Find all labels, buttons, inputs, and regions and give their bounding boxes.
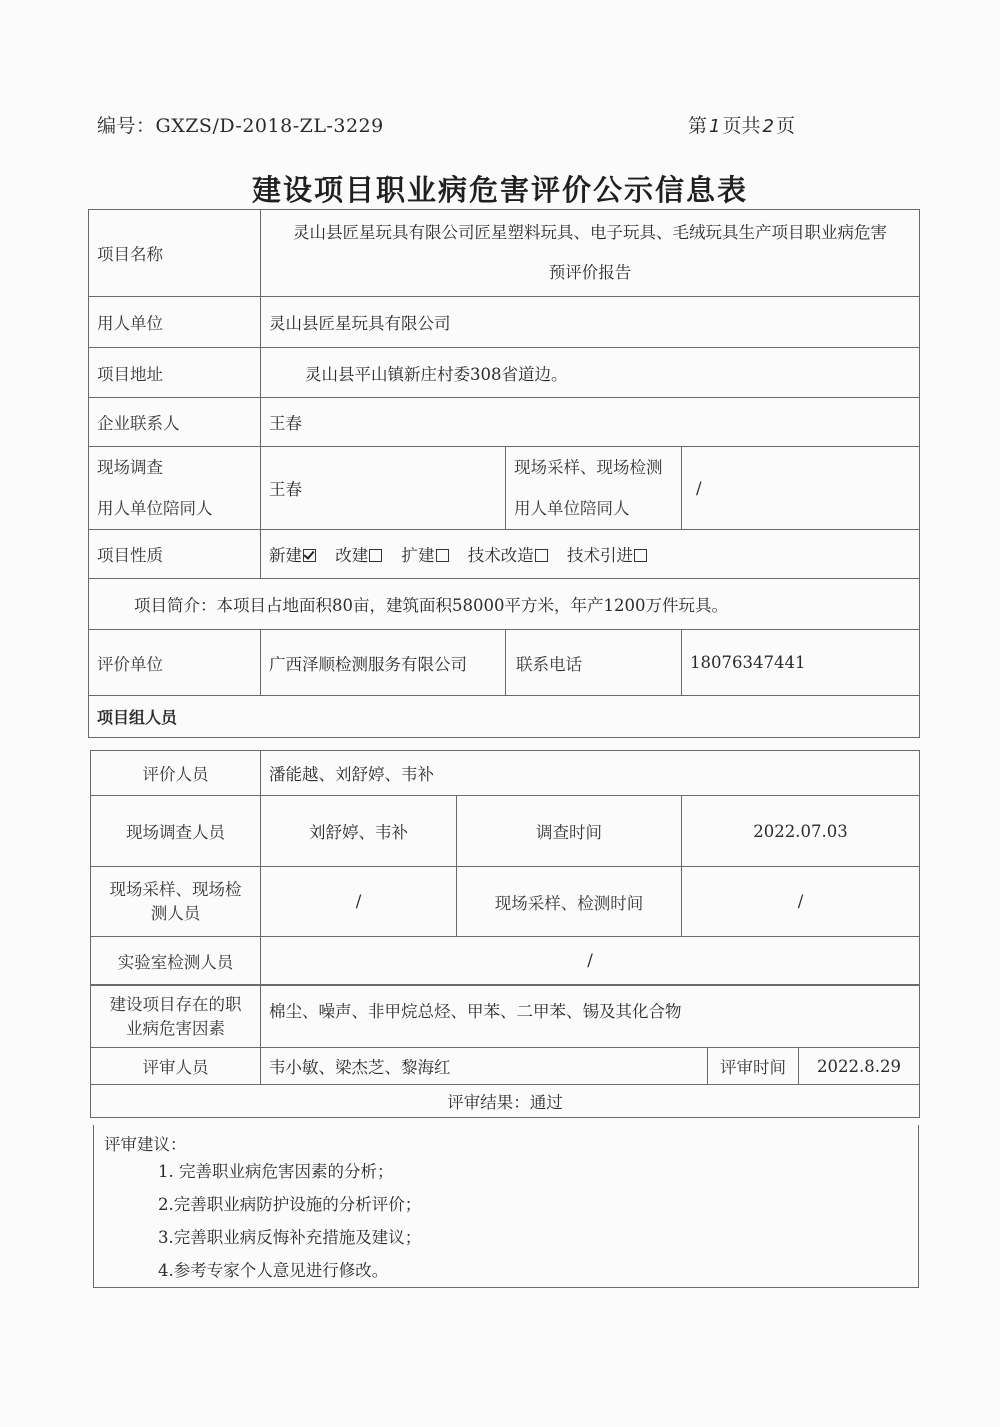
suggestions-title: 评审建议： bbox=[104, 1125, 908, 1155]
nature-options: 新建 改建 扩建 技术改造 技术引进 bbox=[261, 530, 920, 579]
checkbox-tech-import[interactable] bbox=[634, 549, 647, 562]
row-evaluators: 评价人员 潘能越、刘舒婷、韦补 bbox=[91, 751, 920, 796]
project-summary: 项目简介：本项目占地面积80亩，建筑面积58000平方米，年产1200万件玩具。 bbox=[89, 579, 920, 630]
hazards-label-2: 业病危害因素 bbox=[99, 1017, 252, 1041]
page-current: 1 bbox=[709, 116, 720, 137]
survey-staff-value: 刘舒婷、韦补 bbox=[261, 796, 457, 867]
lab-staff-value: / bbox=[261, 937, 920, 985]
phone-label: 联系电话 bbox=[506, 630, 682, 696]
project-name-line2: 预评价报告 bbox=[269, 253, 911, 293]
evaluators-value: 潘能越、刘舒婷、韦补 bbox=[261, 751, 920, 796]
sampling-staff-label-1: 现场采样、现场检 bbox=[99, 878, 252, 902]
sampling-staff-label-2: 测人员 bbox=[99, 902, 252, 926]
reviewers-label: 评审人员 bbox=[91, 1048, 261, 1085]
page-total: 2 bbox=[762, 116, 773, 137]
review-table: 建设项目存在的职 业病危害因素 棉尘、噪声、非甲烷总烃、甲苯、二甲苯、锡及其化合… bbox=[90, 985, 920, 1118]
project-name-label: 项目名称 bbox=[89, 210, 261, 297]
hazards-label: 建设项目存在的职 业病危害因素 bbox=[91, 986, 261, 1048]
nature-label: 项目性质 bbox=[89, 530, 261, 579]
row-survey-staff: 现场调查人员 刘舒婷、韦补 调查时间 2022.07.03 bbox=[91, 796, 920, 867]
project-name-line1: 灵山县匠星玩具有限公司匠星塑料玩具、电子玩具、毛绒玩具生产项目职业病危害 bbox=[269, 213, 911, 253]
row-hazards: 建设项目存在的职 业病危害因素 棉尘、噪声、非甲烷总烃、甲苯、二甲苯、锡及其化合… bbox=[91, 986, 920, 1048]
hazards-value: 棉尘、噪声、非甲烷总烃、甲苯、二甲苯、锡及其化合物 bbox=[261, 986, 920, 1048]
sampling-time-label: 现场采样、检测时间 bbox=[457, 867, 682, 937]
review-time-label: 评审时间 bbox=[708, 1048, 799, 1085]
reviewers-value: 韦小敏、梁杰芝、黎海红 bbox=[261, 1048, 708, 1085]
hazards-label-1: 建设项目存在的职 bbox=[99, 993, 252, 1017]
review-suggestions: 评审建议： 1. 完善职业病危害因素的分析； 2.完善职业病防护设施的分析评价；… bbox=[93, 1125, 919, 1288]
address-value: 灵山县平山镇新庄村委308省道边。 bbox=[261, 348, 920, 398]
project-name-value: 灵山县匠星玩具有限公司匠星塑料玩具、电子玩具、毛绒玩具生产项目职业病危害 预评价… bbox=[261, 210, 920, 297]
team-section-label: 项目组人员 bbox=[89, 696, 920, 738]
phone-value: 18076347441 bbox=[682, 630, 920, 696]
document-number-value: GXZS/D-2018-ZL-3229 bbox=[156, 115, 384, 137]
suggestion-item: 3.完善职业病反悔补充措施及建议； bbox=[104, 1221, 908, 1254]
sampling-staff-label: 现场采样、现场检 测人员 bbox=[91, 867, 261, 937]
document-number: 编号：GXZS/D-2018-ZL-3229 bbox=[97, 111, 384, 138]
row-address: 项目地址 灵山县平山镇新庄村委308省道边。 bbox=[89, 348, 920, 398]
suggestion-item: 4.参考专家个人意见进行修改。 bbox=[104, 1254, 908, 1287]
sampling-escort-label-2: 用人单位陪同人 bbox=[514, 488, 673, 529]
survey-escort-value: 王春 bbox=[261, 447, 506, 530]
sampling-escort-value: / bbox=[682, 447, 920, 530]
survey-time-value: 2022.07.03 bbox=[682, 796, 920, 867]
nature-option-rebuild-label: 改建 bbox=[335, 546, 368, 565]
checkbox-new[interactable] bbox=[303, 549, 316, 562]
suggestion-item: 2.完善职业病防护设施的分析评价； bbox=[104, 1188, 908, 1221]
survey-time-label: 调查时间 bbox=[457, 796, 682, 867]
review-result: 评审结果：通过 bbox=[91, 1085, 920, 1118]
survey-escort-label: 现场调查 用人单位陪同人 bbox=[89, 447, 261, 530]
survey-staff-label: 现场调查人员 bbox=[91, 796, 261, 867]
row-contact: 企业联系人 王春 bbox=[89, 398, 920, 447]
suggestion-item: 1. 完善职业病危害因素的分析； bbox=[104, 1155, 908, 1188]
team-table: 评价人员 潘能越、刘舒婷、韦补 现场调查人员 刘舒婷、韦补 调查时间 2022.… bbox=[90, 750, 920, 985]
sampling-escort-label: 现场采样、现场检测 用人单位陪同人 bbox=[506, 447, 682, 530]
page-middle: 页共 bbox=[722, 115, 760, 137]
page-title: 建设项目职业病危害评价公示信息表 bbox=[0, 168, 1000, 209]
nature-option-expand-label: 扩建 bbox=[402, 546, 435, 565]
page-indicator: 第1页共2页 bbox=[688, 111, 795, 138]
nature-option-tech-reform-label: 技术改造 bbox=[468, 546, 534, 565]
row-evaluator: 评价单位 广西泽顺检测服务有限公司 联系电话 18076347441 bbox=[89, 630, 920, 696]
lab-staff-label: 实验室检测人员 bbox=[91, 937, 261, 985]
document-number-label: 编号： bbox=[97, 115, 156, 137]
sampling-time-value: / bbox=[682, 867, 920, 937]
row-escorts: 现场调查 用人单位陪同人 王春 现场采样、现场检测 用人单位陪同人 / bbox=[89, 447, 920, 530]
checkbox-tech-reform[interactable] bbox=[535, 549, 548, 562]
sampling-escort-label-1: 现场采样、现场检测 bbox=[514, 447, 673, 488]
survey-escort-label-2: 用人单位陪同人 bbox=[97, 488, 252, 529]
checkbox-expand[interactable] bbox=[436, 549, 449, 562]
nature-option-new-label: 新建 bbox=[269, 546, 302, 565]
employer-value: 灵山县匠星玩具有限公司 bbox=[261, 297, 920, 348]
row-nature: 项目性质 新建 改建 扩建 技术改造 技术引进 bbox=[89, 530, 920, 579]
sampling-staff-value: / bbox=[261, 867, 457, 937]
page-prefix: 第 bbox=[688, 115, 707, 137]
row-team-section: 项目组人员 bbox=[89, 696, 920, 738]
contact-value: 王春 bbox=[261, 398, 920, 447]
review-time-value: 2022.8.29 bbox=[799, 1048, 920, 1085]
row-lab-staff: 实验室检测人员 / bbox=[91, 937, 920, 985]
survey-escort-label-1: 现场调查 bbox=[97, 447, 252, 488]
address-label: 项目地址 bbox=[89, 348, 261, 398]
row-review-result: 评审结果：通过 bbox=[91, 1085, 920, 1118]
checkbox-rebuild[interactable] bbox=[369, 549, 382, 562]
row-reviewers: 评审人员 韦小敏、梁杰芝、黎海红 评审时间 2022.8.29 bbox=[91, 1048, 920, 1085]
evaluator-label: 评价单位 bbox=[89, 630, 261, 696]
row-project-name: 项目名称 灵山县匠星玩具有限公司匠星塑料玩具、电子玩具、毛绒玩具生产项目职业病危… bbox=[89, 210, 920, 297]
employer-label: 用人单位 bbox=[89, 297, 261, 348]
row-employer: 用人单位 灵山县匠星玩具有限公司 bbox=[89, 297, 920, 348]
page-suffix: 页 bbox=[776, 115, 795, 137]
evaluator-value: 广西泽顺检测服务有限公司 bbox=[261, 630, 506, 696]
row-summary: 项目简介：本项目占地面积80亩，建筑面积58000平方米，年产1200万件玩具。 bbox=[89, 579, 920, 630]
contact-label: 企业联系人 bbox=[89, 398, 261, 447]
row-sampling-staff: 现场采样、现场检 测人员 / 现场采样、检测时间 / bbox=[91, 867, 920, 937]
project-info-table: 项目名称 灵山县匠星玩具有限公司匠星塑料玩具、电子玩具、毛绒玩具生产项目职业病危… bbox=[88, 209, 920, 738]
nature-option-tech-import-label: 技术引进 bbox=[567, 546, 633, 565]
evaluators-label: 评价人员 bbox=[91, 751, 261, 796]
